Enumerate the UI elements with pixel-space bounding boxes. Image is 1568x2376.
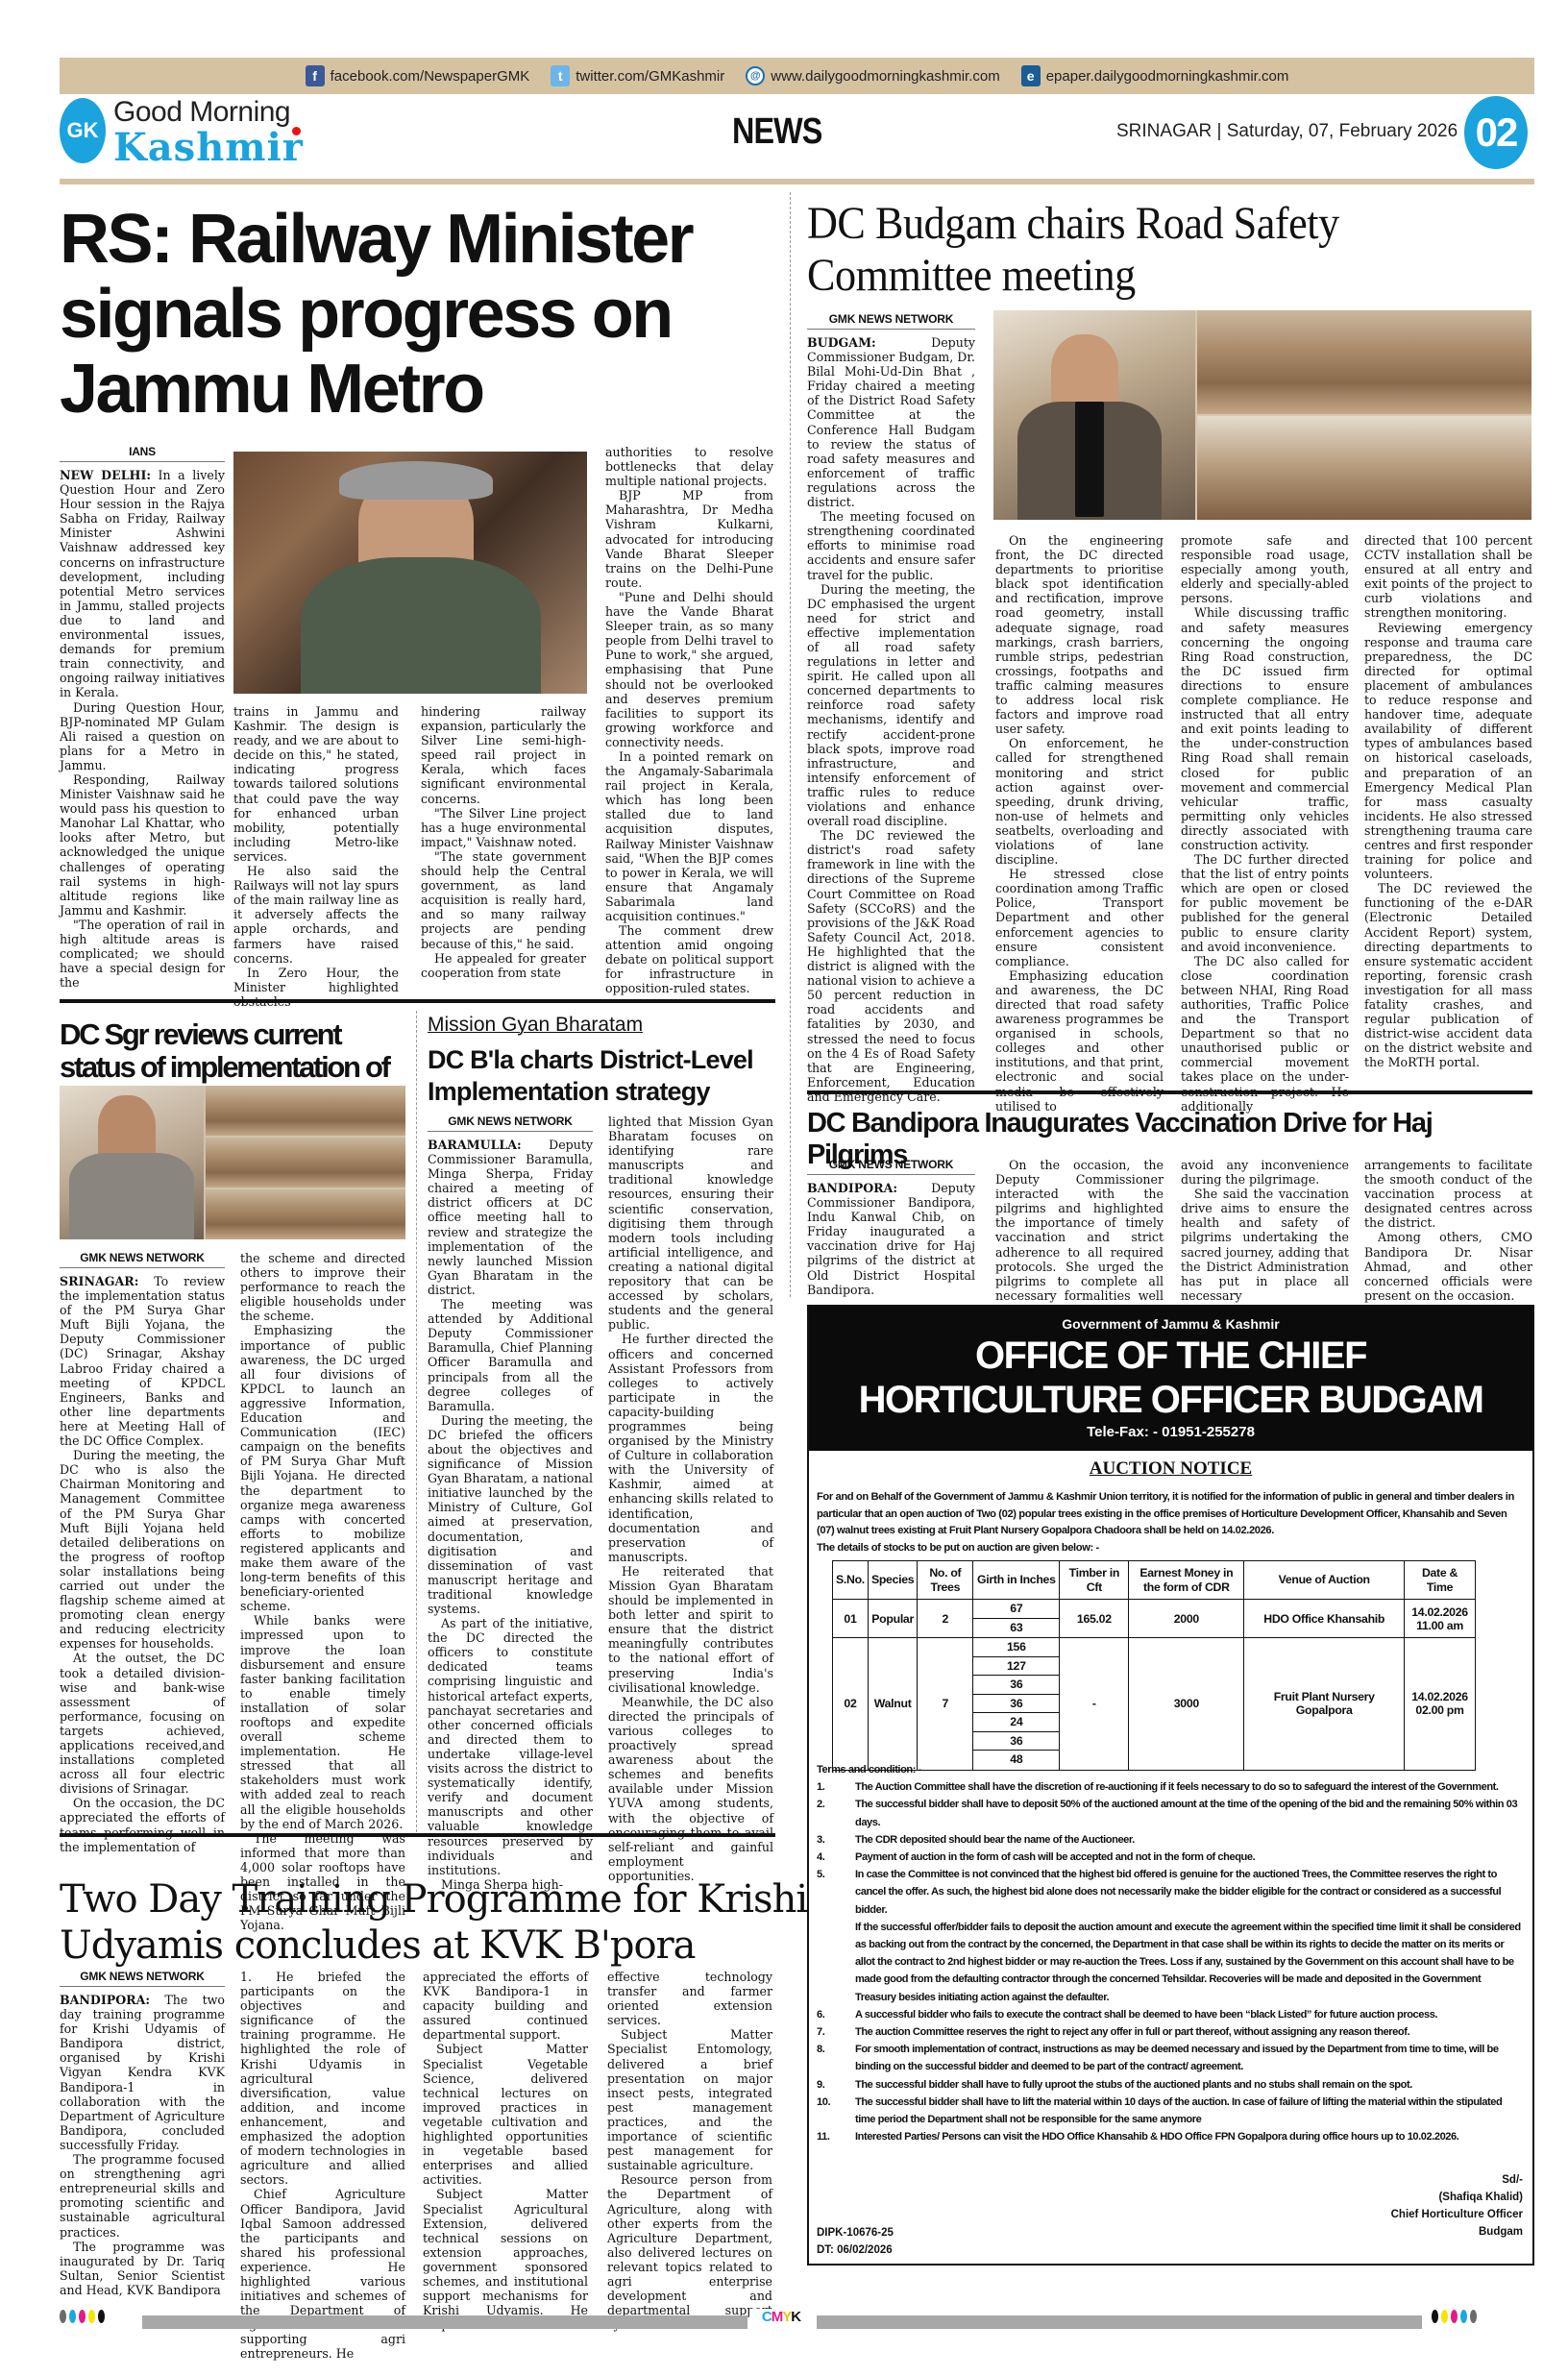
registration-dot-icon — [98, 2310, 105, 2323]
headline-baramulla: DC B'la charts District-Level Implementa… — [428, 1044, 797, 1108]
registration-dot-icon — [1441, 2310, 1448, 2323]
article-paragraph: Meanwhile, the DC also directed the prin… — [608, 1695, 773, 1883]
registration-dot-icon — [1460, 2310, 1467, 2323]
bandipora-col-3: avoid any inconvenience during the pilgr… — [1181, 1158, 1349, 1303]
article-paragraph: SRINAGAR: To review the implementation s… — [60, 1274, 225, 1448]
photo-pmsmby-meeting — [60, 1086, 405, 1239]
ad-reference: DIPK-10676-25 DT: 06/02/2026 — [817, 2224, 894, 2259]
article-paragraph: During the meeting, the DC briefed the o… — [428, 1413, 593, 1616]
article-paragraph: appreciated the efforts of KVK Bandipora… — [423, 1970, 588, 2042]
photo-railway-minister — [233, 452, 587, 694]
column-divider — [790, 192, 791, 1297]
social-label: www.dailygoodmorningkashmir.com — [771, 68, 999, 85]
budgam-col-4: directed that 100 percent CCTV installat… — [1364, 533, 1532, 1069]
article-paragraph: BUDGAM: Deputy Commissioner Budgam, Dr. … — [807, 335, 975, 509]
article-paragraph: He further directed the officers and con… — [608, 1332, 773, 1564]
article-paragraph: The comment drew attention amid ongoing … — [605, 923, 773, 995]
ad-notice-title: AUCTION NOTICE — [809, 1458, 1532, 1480]
facebook-icon: f — [306, 65, 325, 86]
budgam-col-2: On the engineering front, the DC directe… — [995, 533, 1164, 1114]
article-paragraph: During the meeting, the DC emphasised th… — [807, 582, 975, 829]
social-link-facebook[interactable]: f facebook.com/NewspaperGMK — [306, 65, 530, 86]
article-paragraph: He appealed for greater cooperation from… — [421, 951, 586, 980]
social-links-bar: f facebook.com/NewspaperGMK t twitter.co… — [60, 58, 1534, 94]
ad-telefax: Tele-Fax: - 01951-255278 — [809, 1424, 1532, 1440]
table-header: S.No. — [833, 1561, 869, 1600]
article-paragraph: NEW DELHI: In a lively Question Hour and… — [60, 468, 225, 700]
page-dateline: SRINAGAR | Saturday, 07, February 2026 — [1116, 121, 1458, 142]
baramulla-col-1: GMK NEWS NETWORK BARAMULLA: Deputy Commi… — [428, 1115, 593, 1892]
ad-title-line1: OFFICE OF THE CHIEF — [809, 1335, 1532, 1376]
color-registration-dots-left — [60, 2310, 105, 2323]
social-link-epaper[interactable]: e epaper.dailygoodmorningkashmir.com — [1021, 65, 1289, 86]
social-label: twitter.com/GMKashmir — [576, 68, 724, 85]
srinagar-col-2: the scheme and directed others to improv… — [240, 1251, 405, 1932]
railway-col-4: authorities to resolve bottlenecks that … — [605, 445, 773, 996]
article-paragraph: promote safe and responsible road usage,… — [1181, 533, 1349, 605]
logo-text-kashmir: Kashmir — [113, 125, 304, 170]
masthead-divider — [60, 179, 1534, 184]
railway-col-1: IANS NEW DELHI: In a lively Question Hou… — [60, 445, 225, 990]
epaper-icon: e — [1021, 65, 1041, 86]
term-item: 2.The successful bidder shall have to de… — [817, 1796, 1523, 1830]
headline-budgam: DC Budgam chairs Road Safety Committee m… — [807, 198, 1479, 302]
article-paragraph: hindering railway expansion, particularl… — [421, 704, 586, 806]
table-header: Girth in Inches — [973, 1561, 1060, 1600]
logo-text-good-morning: Good Morning — [113, 96, 290, 129]
article-paragraph: effective technology transfer and farmer… — [607, 1970, 772, 2027]
headline-krishi: Two Day Training Programme for Krishi Ud… — [60, 1876, 809, 1969]
budgam-col-1: GMK NEWS NETWORK BUDGAM: Deputy Commissi… — [807, 312, 975, 1104]
article-paragraph: The meeting was attended by Additional D… — [428, 1297, 593, 1413]
logo-dot-icon — [292, 127, 301, 135]
article-paragraph: "The state government should help the Ce… — [421, 849, 586, 951]
table-header: Date & Time — [1405, 1561, 1476, 1600]
article-paragraph: Among others, CMO Bandipora Dr. Nisar Ah… — [1364, 1230, 1532, 1302]
term-item: 7.The auction Committee reserves the rig… — [817, 2023, 1523, 2041]
section-title: NEWS — [732, 111, 822, 153]
article-paragraph: Subject Matter Specialist Vegetable Scie… — [423, 2042, 588, 2187]
ad-intro: For and on Behalf of the Government of J… — [817, 1489, 1523, 1556]
article-paragraph: authorities to resolve bottlenecks that … — [605, 445, 773, 488]
registration-dot-icon — [60, 2310, 66, 2323]
article-paragraph: At the outset, the DC took a detailed di… — [60, 1651, 225, 1796]
byline: IANS — [60, 445, 225, 462]
term-item: 8.For smooth implementation of contract,… — [817, 2041, 1523, 2075]
article-paragraph: Resource person from the Department of A… — [607, 2172, 772, 2332]
article-paragraph: The programme focused on strengthening a… — [60, 2152, 225, 2240]
byline: GMK NEWS NETWORK — [428, 1115, 593, 1132]
byline: GMK NEWS NETWORK — [807, 1158, 975, 1175]
article-paragraph: Responding, Railway Minister Vaishnaw sa… — [60, 772, 225, 918]
masthead: GK Good Morning Kashmir NEWS SRINAGAR | … — [60, 94, 1534, 179]
article-paragraph: He also said the Railways will not lay s… — [233, 864, 399, 966]
cmyk-mark: CMYK — [749, 2309, 813, 2328]
baramulla-col-2: lighted that Mission Gyan Bharatam focus… — [608, 1115, 773, 1883]
article-paragraph: The DC reviewed the district's road safe… — [807, 828, 975, 1104]
article-paragraph: Subject Matter Specialist Agricultural E… — [423, 2187, 588, 2332]
registration-dot-icon — [1451, 2310, 1458, 2323]
krishi-col-3: appreciated the efforts of KVK Bandipora… — [423, 1970, 588, 2332]
table-row: 01 Popular 2 6763 165.02 2000 HDO Office… — [833, 1600, 1476, 1638]
article-paragraph: 1. He briefed the participants on the ob… — [240, 1970, 405, 2187]
term-item: 11.Interested Parties/ Persons can visit… — [817, 2128, 1523, 2145]
ad-title-line2: HORTICULTURE OFFICER BUDGAM — [809, 1380, 1532, 1420]
auction-table: S.No. Species No. of Trees Girth in Inch… — [832, 1560, 1476, 1771]
article-paragraph: As part of the initiative, the DC direct… — [428, 1616, 593, 1877]
term-item: 5.In case the Committee is not convinced… — [817, 1866, 1523, 1919]
article-paragraph: BANDIPORA: The two day training programm… — [60, 1993, 225, 2152]
krishi-col-1: GMK NEWS NETWORK BANDIPORA: The two day … — [60, 1970, 225, 2297]
globe-icon: @ — [746, 66, 765, 86]
table-header: Species — [868, 1561, 917, 1600]
article-paragraph: Reviewing emergency response and trauma … — [1364, 621, 1532, 882]
social-label: epaper.dailygoodmorningkashmir.com — [1046, 68, 1289, 85]
registration-dot-icon — [79, 2310, 86, 2323]
article-paragraph: On the engineering front, the DC directe… — [995, 533, 1164, 736]
term-item: 4.Payment of auction in the form of cash… — [817, 1849, 1523, 1866]
article-paragraph: She said the vaccination drive aims to e… — [1181, 1187, 1349, 1303]
article-paragraph: On the occasion, the DC appreciated the … — [60, 1796, 225, 1853]
logo-mark-icon: GK — [60, 98, 106, 163]
article-paragraph: On enforcement, he called for strengthen… — [995, 736, 1164, 867]
footer-bar-left — [142, 2315, 747, 2329]
term-item: 6.A successful bidder who fails to execu… — [817, 2006, 1523, 2023]
color-registration-dots-right — [1432, 2310, 1477, 2323]
kicker-mission-gyan-bharatam: Mission Gyan Bharatam — [428, 1014, 643, 1037]
article-paragraph: avoid any inconvenience during the pilgr… — [1181, 1158, 1349, 1187]
byline: GMK NEWS NETWORK — [60, 1251, 225, 1268]
article-paragraph: BANDIPORA: Deputy Commissioner Bandipora… — [807, 1181, 975, 1297]
bandipora-col-4: arrangements to facilitate the smooth co… — [1364, 1158, 1532, 1303]
footer-bar-right — [817, 2315, 1422, 2329]
section-divider — [60, 999, 775, 1003]
social-link-website[interactable]: @ www.dailygoodmorningkashmir.com — [746, 66, 999, 86]
twitter-icon: t — [551, 65, 570, 86]
article-paragraph: Subject Matter Specialist Entomology, de… — [607, 2027, 772, 2172]
term-item: 10.The successful bidder shall have to l… — [817, 2094, 1523, 2128]
bandipora-col-1: GMK NEWS NETWORK BANDIPORA: Deputy Commi… — [807, 1158, 975, 1297]
srinagar-col-1: GMK NEWS NETWORK SRINAGAR: To review the… — [60, 1251, 225, 1854]
article-paragraph: "Pune and Delhi should have the Vande Bh… — [605, 590, 773, 749]
table-header: No. of Trees — [918, 1561, 973, 1600]
term-item: 3.The CDR deposited should bear the name… — [817, 1831, 1523, 1849]
krishi-col-2: 1. He briefed the participants on the ob… — [240, 1970, 405, 2362]
ad-terms: Terms and condition: - 1.The Auction Com… — [817, 1761, 1523, 2145]
social-label: facebook.com/NewspaperGMK — [331, 68, 530, 85]
article-paragraph: Chief Agriculture Officer Bandipora, Jav… — [240, 2187, 405, 2361]
registration-dot-icon — [69, 2310, 76, 2323]
headline-railway: RS: Railway Minister signals progress on… — [60, 202, 771, 427]
byline: GMK NEWS NETWORK — [60, 1970, 225, 1987]
article-paragraph: On the occasion, the Deputy Commissioner… — [995, 1158, 1164, 1317]
social-link-twitter[interactable]: t twitter.com/GMKashmir — [551, 65, 724, 86]
article-paragraph: The meeting focused on strengthening coo… — [807, 509, 975, 581]
table-row: 02 Walnut 7 1561273636243648 - 3000 Frui… — [833, 1638, 1476, 1771]
section-divider — [60, 1833, 775, 1837]
article-paragraph: BARAMULLA: Deputy Commissioner Baramulla… — [428, 1138, 593, 1297]
budgam-col-3: promote safe and responsible road usage,… — [1181, 533, 1349, 1114]
ad-signature: Sd/- (Shafiqa Khalid) Chief Horticulture… — [1391, 2171, 1523, 2241]
article-paragraph: The DC reviewed the functioning of the e… — [1364, 881, 1532, 1069]
article-paragraph: Emphasizing the importance of public awa… — [240, 1323, 405, 1613]
article-paragraph: During Question Hour, BJP-nominated MP G… — [60, 700, 225, 772]
article-paragraph: The DC further directed that the list of… — [1181, 852, 1349, 954]
column-divider — [416, 1011, 417, 1832]
article-paragraph: The DC also called for close coordinatio… — [1181, 954, 1349, 1114]
article-paragraph: "The Silver Line project has a huge envi… — [421, 806, 586, 849]
term-item: 9.The successful bidder shall have to fu… — [817, 2076, 1523, 2094]
term-item: If the successful offer/bidder fails to … — [817, 1919, 1523, 2006]
article-paragraph: trains in Jammu and Kashmir. The design … — [233, 704, 399, 864]
photo-road-safety-meeting — [993, 310, 1531, 520]
article-paragraph: "The operation of rail in high altitude … — [60, 918, 225, 990]
section-divider — [807, 1090, 1532, 1094]
registration-dot-icon — [88, 2310, 95, 2323]
article-paragraph: BJP MP from Maharashtra, Dr Medha Vishra… — [605, 488, 773, 590]
article-paragraph: While banks were impressed upon to impro… — [240, 1613, 405, 1830]
table-header: Timber in Cft — [1060, 1561, 1129, 1600]
article-paragraph: While discussing traffic and safety meas… — [1181, 605, 1349, 852]
table-header: Venue of Auction — [1244, 1561, 1405, 1600]
railway-col-2: trains in Jammu and Kashmir. The design … — [233, 704, 399, 1009]
byline: GMK NEWS NETWORK — [807, 312, 975, 330]
ad-government: Government of Jammu & Kashmir — [809, 1307, 1532, 1332]
ad-header: Government of Jammu & Kashmir OFFICE OF … — [809, 1307, 1532, 1451]
term-item: 1.The Auction Committee shall have the d… — [817, 1778, 1523, 1796]
article-paragraph: In a pointed remark on the Angamaly-Saba… — [605, 749, 773, 923]
article-paragraph: arrangements to facilitate the smooth co… — [1364, 1158, 1532, 1230]
krishi-col-4: effective technology transfer and farmer… — [607, 1970, 772, 2332]
page-number-badge: 02 — [1464, 96, 1528, 169]
article-paragraph: directed that 100 percent CCTV installat… — [1364, 533, 1532, 621]
bandipora-col-2: On the occasion, the Deputy Commissioner… — [995, 1158, 1164, 1317]
article-paragraph: During the meeting, the DC who is also t… — [60, 1448, 225, 1651]
article-paragraph: He reiterated that Mission Gyan Bharatam… — [608, 1564, 773, 1695]
registration-dot-icon — [1470, 2310, 1477, 2323]
article-paragraph: the scheme and directed others to improv… — [240, 1251, 405, 1323]
registration-dot-icon — [1432, 2310, 1438, 2323]
terms-title: Terms and condition: - — [817, 1761, 1523, 1778]
article-paragraph: He stressed close coordination among Tra… — [995, 867, 1164, 968]
table-header: Earnest Money in the form of CDR — [1129, 1561, 1244, 1600]
article-paragraph: lighted that Mission Gyan Bharatam focus… — [608, 1115, 773, 1332]
auction-notice-ad: Government of Jammu & Kashmir OFFICE OF … — [807, 1305, 1534, 2266]
article-paragraph: The programme was inaugurated by Dr. Tar… — [60, 2240, 225, 2297]
railway-col-3: hindering railway expansion, particularl… — [421, 704, 586, 980]
